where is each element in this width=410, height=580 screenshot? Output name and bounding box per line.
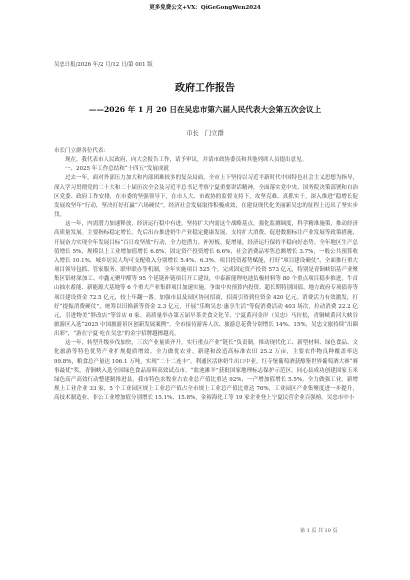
paragraph: 这一年，转型升级步伐加快，三次产业量质齐升。实行重点产业“链长”负责制，推动现代… (54, 339, 358, 403)
paragraph: 这一年，内需潜力加速释放，经济运行稳中有进。坚持扩大内需这个战略基点，强化监测调… (54, 220, 358, 339)
section-heading: 一、2025 年工作总结和“十四五”发展成就 (54, 165, 358, 174)
paragraph: 过去一年，面对外部压力加大和内部困难较多的复杂局面，全市上下坚持以习近平新时代中… (54, 174, 358, 220)
paragraph: 现在，我代表市人民政府，向大会报告工作，请予审议，并请市政协委员和其他列席人员提… (54, 156, 358, 165)
document-title: 政府工作报告 (0, 79, 410, 94)
document-body: 市长门立群各位代表： 现在，我代表市人民政府，向大会报告工作，请予审议，并请市政… (54, 147, 358, 403)
salutation: 市长门立群各位代表： (54, 147, 358, 156)
watermark-text: 更多免费公文+VX：QiGeGongWen2024 (0, 3, 410, 11)
page-indicator: 第 1 页 共 10 页 (300, 527, 338, 534)
document-subtitle: ——2026 年 1 月 20 日在吴忠市第六届人民代表大会第五次会议上 (0, 104, 410, 115)
source-line: 吴忠日报/2026 年/2 月/12 日/第 001 版 (54, 60, 153, 68)
author-line: 市长 门立群 (0, 128, 410, 137)
